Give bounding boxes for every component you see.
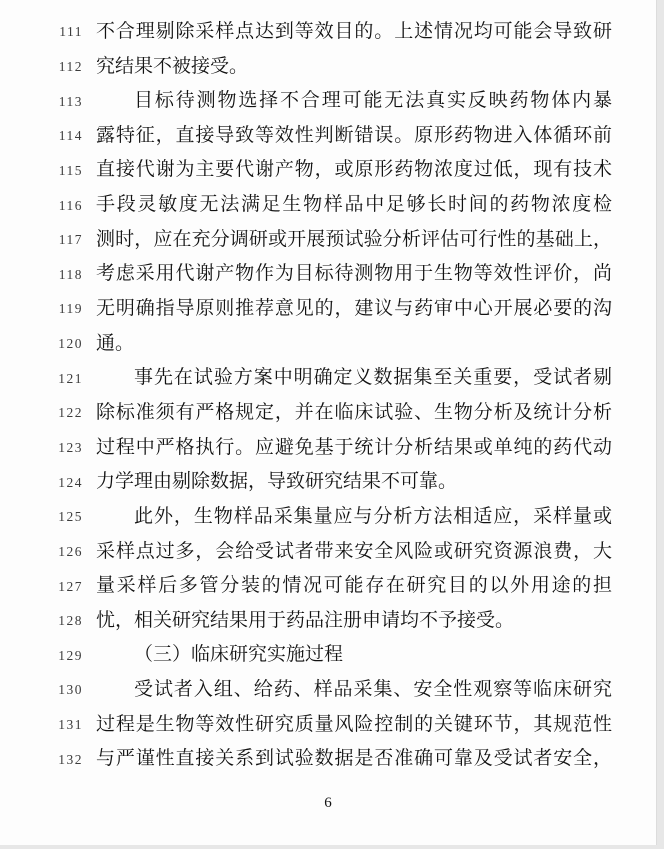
text-line: 122除标准须有严格规定，并在临床试验、生物分析及统计分析 — [0, 396, 612, 431]
line-text: 过程中严格执行。应避免基于统计分析结果或单纯的药代动 — [96, 437, 612, 460]
line-number: 131 — [0, 717, 83, 733]
line-number: 121 — [0, 371, 83, 387]
line-text: 考虑采用代谢产物作为目标待测物用于生物等效性评价，尚 — [96, 263, 612, 286]
scan-edge-bottom — [0, 845, 664, 849]
line-number: 128 — [0, 613, 83, 629]
scan-edge-right — [656, 0, 664, 849]
document-page: 111不合理剔除采样点达到等效目的。上述情况均可能会导致研112究结果不被接受。… — [0, 0, 664, 849]
text-line: 111不合理剔除采样点达到等效目的。上述情况均可能会导致研 — [0, 15, 612, 50]
text-line: 124力学理由剔除数据，导致研究结果不可靠。 — [0, 465, 612, 500]
line-number: 112 — [0, 59, 83, 75]
line-number: 125 — [0, 509, 83, 525]
text-line: 114露特征，直接导致等效性判断错误。原形药物进入体循环前 — [0, 119, 612, 154]
text-line: 115直接代谢为主要代谢产物，或原形药物浓度过低，现有技术 — [0, 154, 612, 189]
text-line: 132与严谨性直接关系到试验数据是否准确可靠及受试者安全， — [0, 742, 612, 777]
line-text: 过程是生物等效性研究质量风险控制的关键环节，其规范性 — [96, 714, 612, 737]
text-line: 118考虑采用代谢产物作为目标待测物用于生物等效性评价，尚 — [0, 257, 612, 292]
document-body: 111不合理剔除采样点达到等效目的。上述情况均可能会导致研112究结果不被接受。… — [0, 15, 612, 777]
line-text: 采样点过多，会给受试者带来安全风险或研究资源浪费，大 — [96, 541, 612, 564]
line-text: 受试者入组、给药、样品采集、安全性观察等临床研究 — [96, 679, 612, 702]
text-line: 127量采样后多管分装的情况可能存在研究目的以外用途的担 — [0, 569, 612, 604]
line-number: 123 — [0, 440, 83, 456]
line-text: 力学理由剔除数据，导致研究结果不可靠。 — [96, 471, 612, 494]
text-line: 130受试者入组、给药、样品采集、安全性观察等临床研究 — [0, 673, 612, 708]
text-line: 117测时，应在充分调研或开展预试验分析评估可行性的基础上， — [0, 223, 612, 258]
text-line: 125此外，生物样品采集量应与分析方法相适应，采样量或 — [0, 500, 612, 535]
line-number: 113 — [0, 94, 83, 110]
line-text: 除标准须有严格规定，并在临床试验、生物分析及统计分析 — [96, 402, 612, 425]
line-number: 114 — [0, 128, 83, 144]
line-number: 119 — [0, 301, 83, 317]
line-text: 直接代谢为主要代谢产物，或原形药物浓度过低，现有技术 — [96, 159, 612, 182]
line-text: 事先在试验方案中明确定义数据集至关重要，受试者剔 — [96, 367, 612, 390]
line-text: （三）临床研究实施过程 — [96, 644, 612, 667]
line-number: 124 — [0, 475, 83, 491]
line-text: 无明确指导原则推荐意见的，建议与药审中心开展必要的沟 — [96, 298, 612, 321]
line-number: 116 — [0, 198, 83, 214]
text-line: 126采样点过多，会给受试者带来安全风险或研究资源浪费，大 — [0, 535, 612, 570]
line-text: 手段灵敏度无法满足生物样品中足够长时间的药物浓度检 — [96, 194, 612, 217]
text-line: 116手段灵敏度无法满足生物样品中足够长时间的药物浓度检 — [0, 188, 612, 223]
line-number: 117 — [0, 232, 83, 248]
line-text: 究结果不被接受。 — [96, 56, 612, 79]
line-text: 与严谨性直接关系到试验数据是否准确可靠及受试者安全， — [96, 748, 612, 771]
line-number: 111 — [0, 24, 83, 40]
line-text: 量采样后多管分装的情况可能存在研究目的以外用途的担 — [96, 575, 612, 598]
text-line: 129（三）临床研究实施过程 — [0, 639, 612, 674]
line-number: 126 — [0, 544, 83, 560]
text-line: 119无明确指导原则推荐意见的，建议与药审中心开展必要的沟 — [0, 292, 612, 327]
line-text: 忧，相关研究结果用于药品注册申请均不予接受。 — [96, 610, 612, 633]
text-line: 120通。 — [0, 327, 612, 362]
text-line: 128忧，相关研究结果用于药品注册申请均不予接受。 — [0, 604, 612, 639]
line-number: 130 — [0, 682, 83, 698]
line-number: 129 — [0, 648, 83, 664]
line-number: 118 — [0, 267, 83, 283]
line-text: 目标待测物选择不合理可能无法真实反映药物体内暴 — [96, 90, 612, 113]
line-text: 通。 — [96, 333, 612, 356]
line-number: 120 — [0, 336, 83, 352]
line-number: 122 — [0, 405, 83, 421]
line-text: 露特征，直接导致等效性判断错误。原形药物进入体循环前 — [96, 125, 612, 148]
text-line: 123过程中严格执行。应避免基于统计分析结果或单纯的药代动 — [0, 431, 612, 466]
line-text: 此外，生物样品采集量应与分析方法相适应，采样量或 — [96, 506, 612, 529]
page-number: 6 — [0, 795, 656, 812]
text-line: 131过程是生物等效性研究质量风险控制的关键环节，其规范性 — [0, 708, 612, 743]
line-number: 115 — [0, 163, 83, 179]
line-number: 132 — [0, 752, 83, 768]
line-number: 127 — [0, 579, 83, 595]
text-line: 113目标待测物选择不合理可能无法真实反映药物体内暴 — [0, 84, 612, 119]
line-text: 不合理剔除采样点达到等效目的。上述情况均可能会导致研 — [96, 21, 612, 44]
text-line: 121事先在试验方案中明确定义数据集至关重要，受试者剔 — [0, 361, 612, 396]
line-text: 测时，应在充分调研或开展预试验分析评估可行性的基础上， — [96, 229, 612, 252]
text-line: 112究结果不被接受。 — [0, 50, 612, 85]
